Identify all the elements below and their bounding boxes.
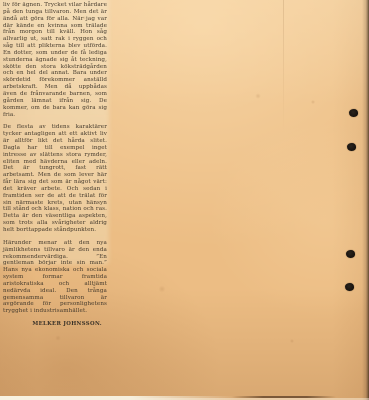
hole-punch-dot [349,109,358,117]
fold-line [283,0,284,132]
scrapbook-page: liv för ägnen. Trycket vilar hårdare på … [0,0,369,400]
scan-bottom-strip [0,396,238,400]
page-edge-line [232,396,336,398]
hole-punch-dot [347,143,356,151]
page-edge-shadow [362,0,369,400]
clipping-paragraph: Härunder menar att den nya jämlikhetens … [3,240,107,315]
clipping-paragraph: De flesta av tidens karaktärer tycker an… [3,124,107,234]
byline: MELKER JOHNSSON. [3,321,107,328]
newspaper-clipping: liv för ägnen. Trycket vilar hårdare på … [0,0,109,328]
hole-punch-dot [346,250,355,258]
hole-punch-dot [345,283,354,291]
clipping-paragraph: liv för ägnen. Trycket vilar hårdare på … [3,2,107,118]
